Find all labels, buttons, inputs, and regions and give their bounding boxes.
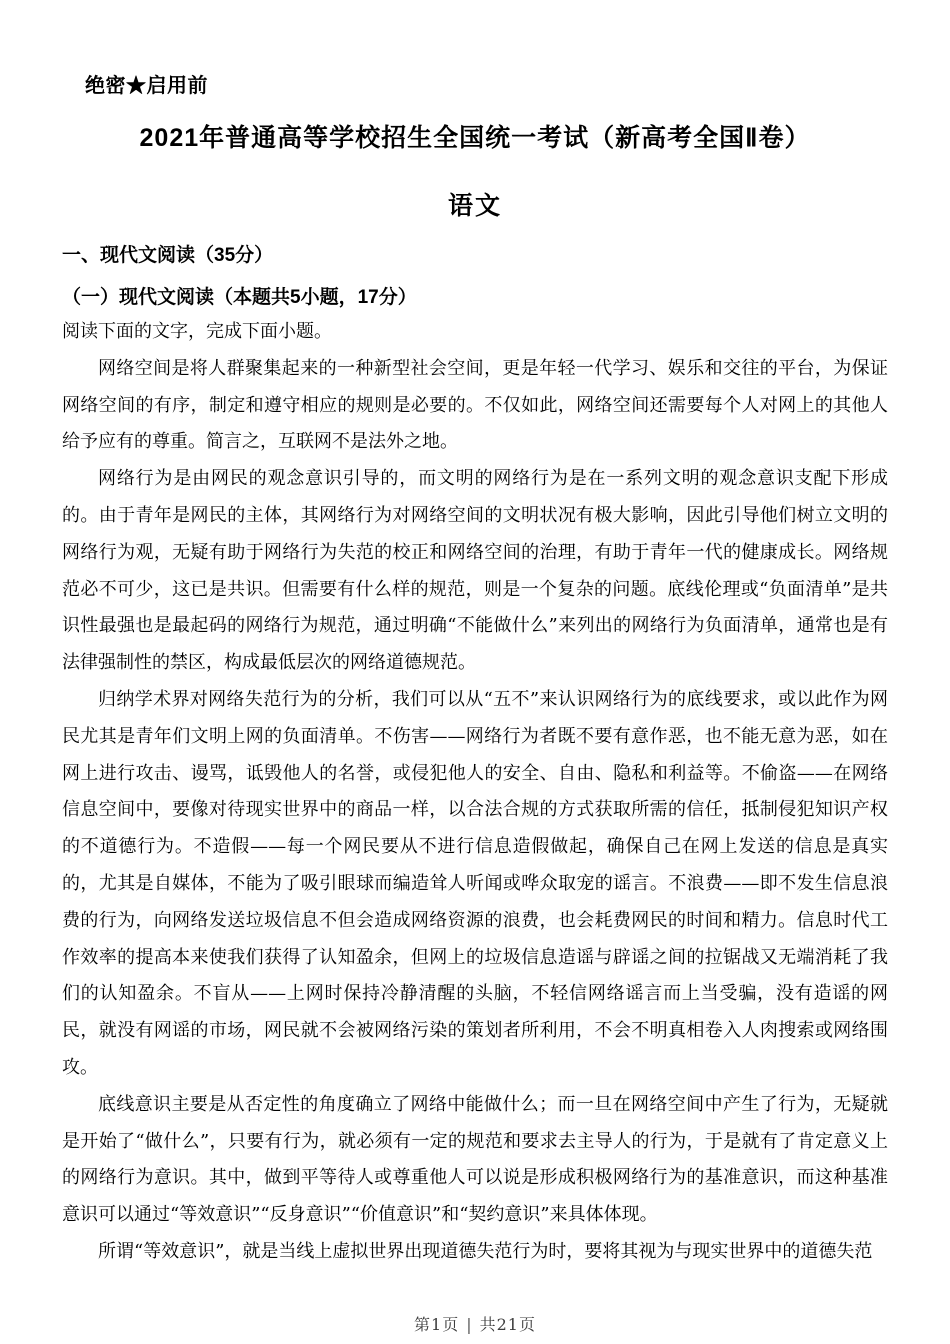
reading-passage: 阅读下面的文字，完成下面小题。 网络空间是将人群聚集起来的一种新型社会空间，更是… <box>62 314 888 1271</box>
passage-paragraph: 所谓“等效意识”，就是当线上虚拟世界出现道德失范行为时，要将其视为与现实世界中的… <box>62 1234 888 1271</box>
passage-paragraph: 网络空间是将人群聚集起来的一种新型社会空间，更是年轻一代学习、娱乐和交往的平台，… <box>62 351 888 461</box>
exam-paper-page: { "page": { "secrecy_notice": "绝密★启用前", … <box>0 0 950 1344</box>
subject-title: 语文 <box>62 188 888 224</box>
passage-paragraph: 归纳学术界对网络失范行为的分析，我们可以从“五不”来认识网络行为的底线要求，或以… <box>62 682 888 1087</box>
page-number-total: 共21页 <box>480 1315 536 1334</box>
footer-separator: | <box>466 1315 472 1334</box>
subsection-heading-part-one: （一）现代文阅读（本题共5小题，17分） <box>62 285 888 311</box>
passage-paragraph: 底线意识主要是从否定性的角度确立了网络中能做什么；而一旦在网络空间中产生了行为，… <box>62 1087 888 1234</box>
page-footer: 第1页|共21页 <box>0 1312 950 1335</box>
secrecy-notice: 绝密★启用前 <box>85 74 888 98</box>
section-heading-modern-reading: 一、现代文阅读（35分） <box>62 243 888 269</box>
page-number-current: 第1页 <box>414 1315 459 1334</box>
document-page: 绝密★启用前 2021年普通高等学校招生全国统一考试（新高考全国Ⅱ卷） 语文 一… <box>0 0 950 1271</box>
exam-title: 2021年普通高等学校招生全国统一考试（新高考全国Ⅱ卷） <box>62 120 888 156</box>
passage-paragraph: 网络行为是由网民的观念意识引导的，而文明的网络行为是在一系列文明的观念意识支配下… <box>62 461 888 682</box>
reading-instruction: 阅读下面的文字，完成下面小题。 <box>62 314 888 351</box>
